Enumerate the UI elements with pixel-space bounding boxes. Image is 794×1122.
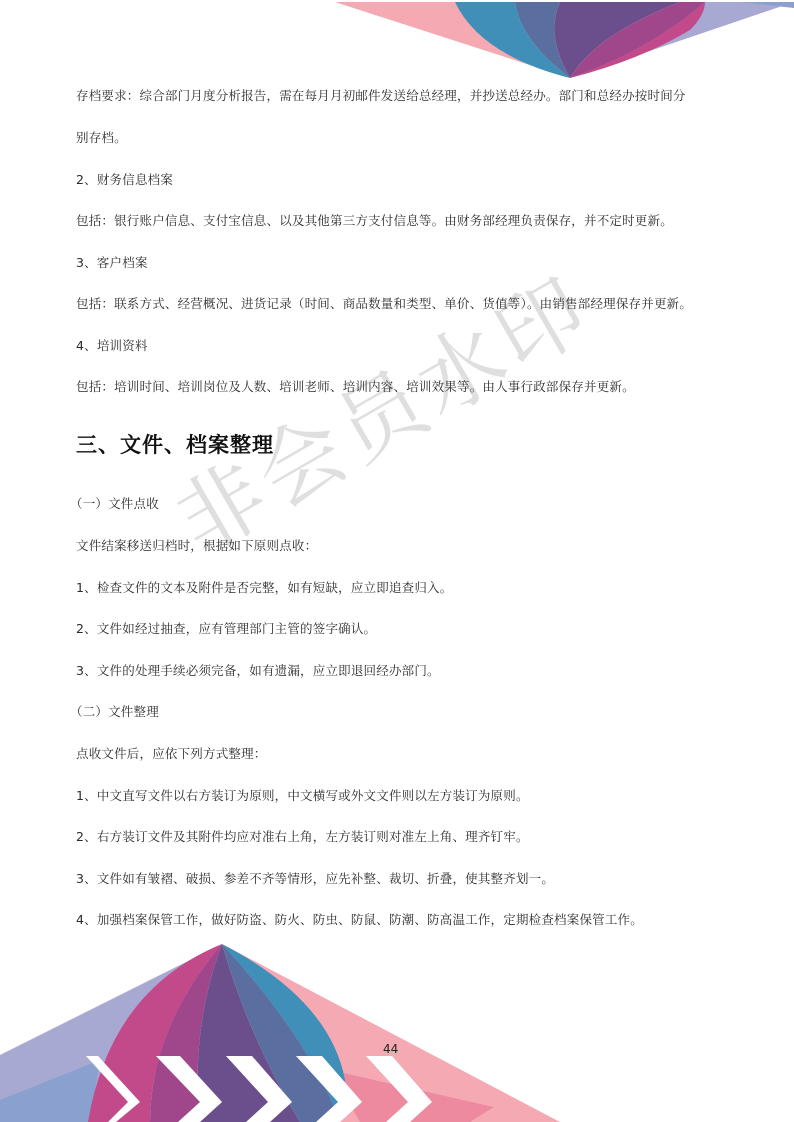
footer-decoration: [0, 930, 794, 1122]
subsection-intro-file-organization: 点收文件后，应依下列方式整理：: [76, 746, 267, 762]
subsection-intro-file-receipt: 文件结案移送归档时，根据如下原则点收：: [76, 538, 317, 554]
header-decoration: [0, 0, 794, 90]
list-item-file-organization-4: 4、加强档案保管工作，做好防盗、防火、防虫、防鼠、防潮、防高温工作，定期检查档案…: [76, 912, 643, 928]
item-body-customer-records: 包括：联系方式、经营概况、进货记录（时间、商品数量和类型、单价、货值等）。由销售…: [76, 296, 692, 312]
subsection-title-file-receipt: （一）文件点收: [70, 496, 159, 512]
watermark: 非会员水印: [150, 240, 610, 577]
item-title-customer-records: 3、客户档案: [76, 255, 148, 271]
item-body-financial-records: 包括：银行账户信息、支付宝信息、以及其他第三方支付信息等。由财务部经理负责保存，…: [76, 213, 673, 229]
section-heading: 三、文件、档案整理: [76, 432, 274, 458]
list-item-file-receipt-2: 2、文件如经过抽查，应有管理部门主管的签字确认。: [76, 621, 376, 637]
list-item-file-receipt-1: 1、检查文件的文本及附件是否完整，如有短缺，应立即追查归入。: [76, 580, 452, 596]
list-item-file-receipt-3: 3、文件的处理手续必须完备，如有遗漏，应立即退回经办部门。: [76, 663, 440, 679]
paragraph-archive-requirement: 存档要求：综合部门月度分析报告，需在每月月初邮件发送给总经理，并抄送总经办。部门…: [76, 88, 686, 104]
list-item-file-organization-2: 2、右方装订文件及其附件均应对准右上角，左方装订则对准左上角、理齐钉牢。: [76, 829, 529, 845]
page-number: 44: [383, 1042, 398, 1056]
paragraph-archive-requirement-continued: 别存档。: [76, 130, 127, 146]
item-body-training-materials: 包括：培训时间、培训岗位及人数、培训老师、培训内容、培训效果等。由人事行政部保存…: [76, 379, 635, 395]
item-title-training-materials: 4、培训资料: [76, 338, 148, 354]
list-item-file-organization-3: 3、文件如有皱褶、破损、参差不齐等情形，应先补整、裁切、折叠，使其整齐划一。: [76, 871, 554, 887]
subsection-title-file-organization: （二）文件整理: [70, 704, 159, 720]
chevron-arrows-icon: [86, 1056, 432, 1122]
list-item-file-organization-1: 1、中文直写文件以右方装订为原则，中文横写或外文文件则以左方装订为原则。: [76, 788, 529, 804]
item-title-financial-records: 2、财务信息档案: [76, 172, 173, 188]
